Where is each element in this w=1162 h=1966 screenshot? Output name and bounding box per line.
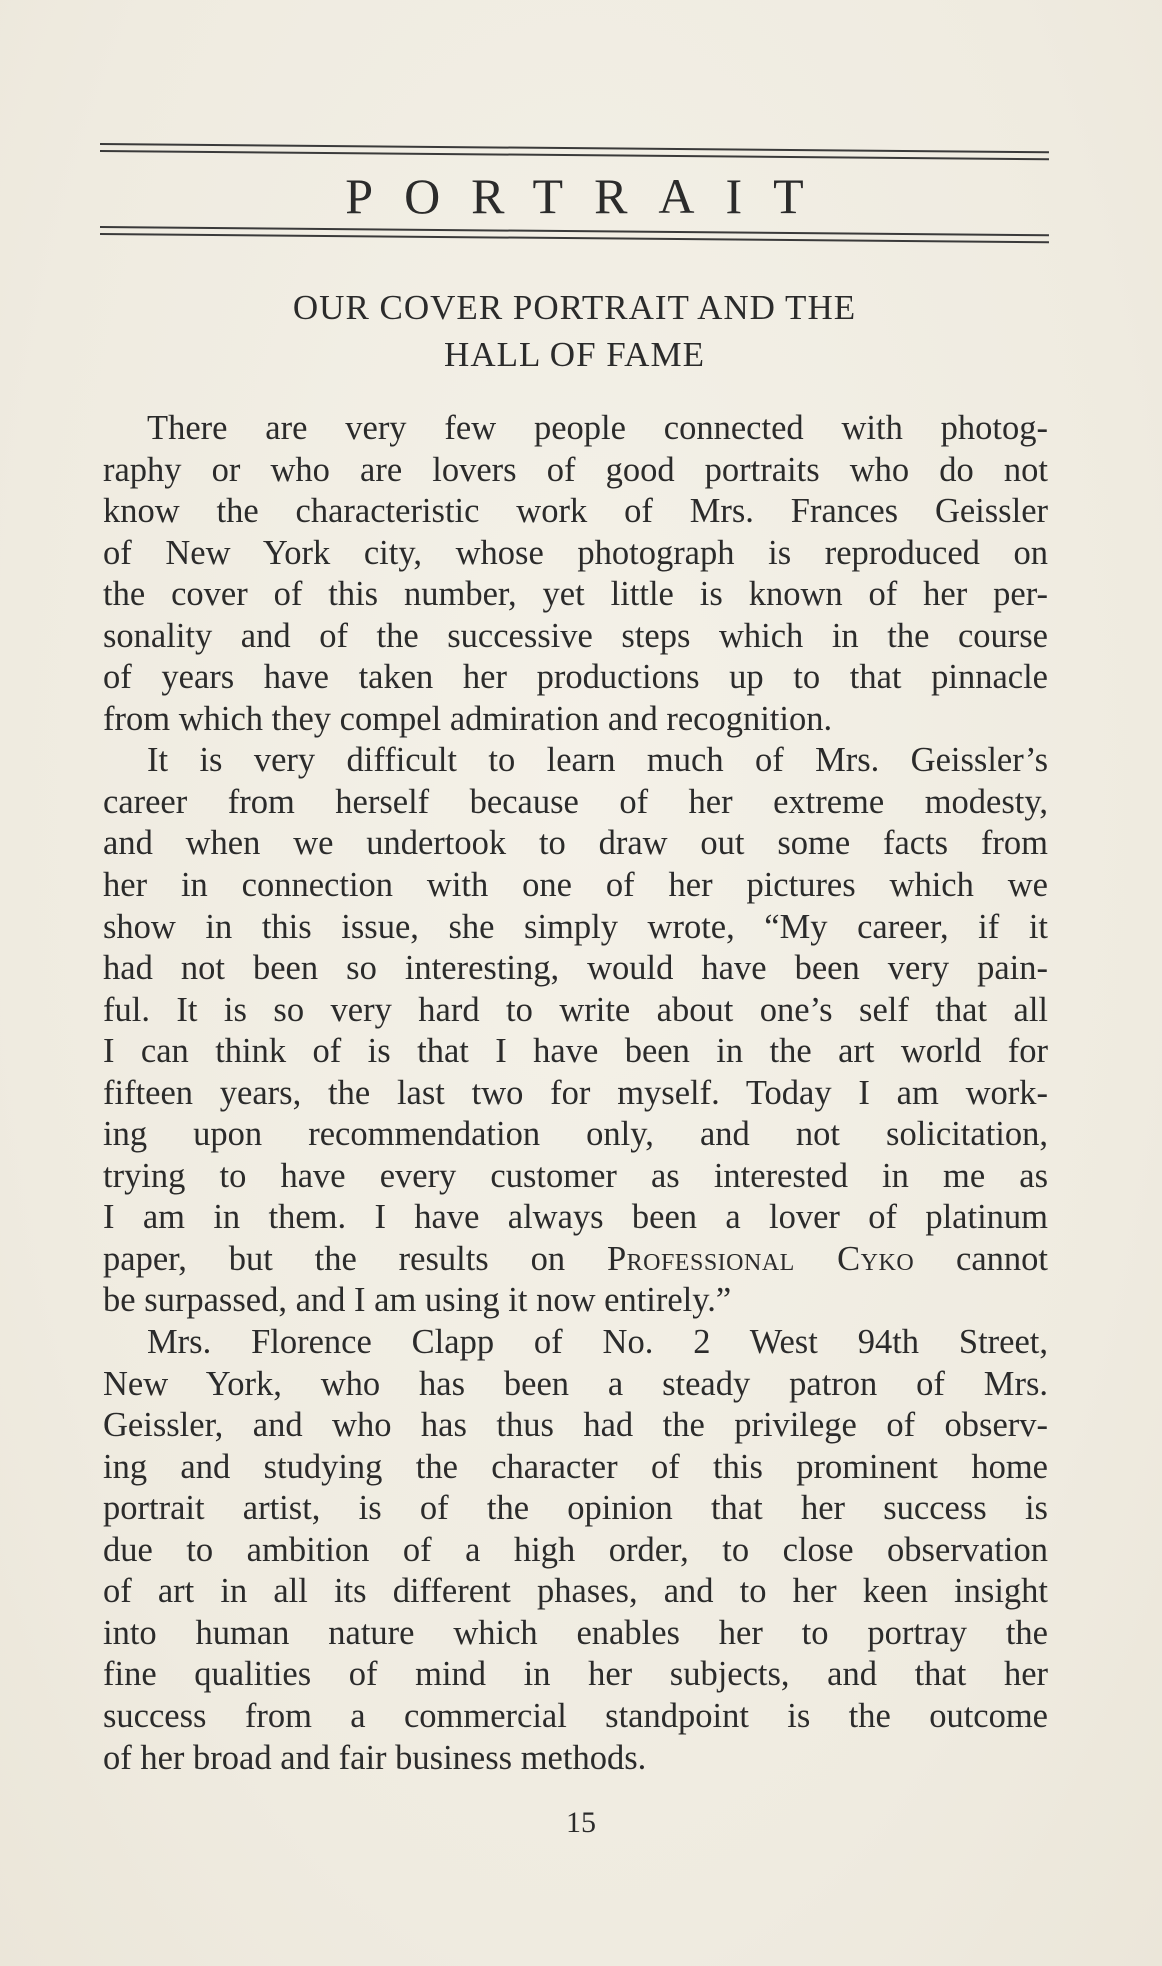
article-title-line-1: OUR COVER PORTRAIT AND THE: [100, 284, 1049, 331]
article-title-line-2: HALL OF FAME: [100, 331, 1049, 378]
body-line: be surpassed, and I am using it now enti…: [103, 1280, 1048, 1322]
body-line: I am in them. I have always been a lover…: [103, 1197, 1048, 1239]
product-name: Professional Cyko: [607, 1240, 914, 1278]
body-line: fifteen years, the last two for myself. …: [103, 1073, 1048, 1115]
body-line: trying to have every customer as interes…: [103, 1156, 1048, 1198]
page-number: 15: [0, 1806, 1162, 1840]
section-title: PORTRAIT: [100, 168, 1049, 224]
body-line: ing and studying the character of this p…: [103, 1447, 1048, 1489]
body-line-with-product: paper, but the results on Professional C…: [103, 1239, 1048, 1281]
body-line: of art in all its different phases, and …: [103, 1571, 1048, 1613]
page: PORTRAIT OUR COVER PORTRAIT AND THE HALL…: [0, 0, 1162, 1966]
body-line: know the characteristic work of Mrs. Fra…: [103, 491, 1048, 533]
body-line: ing upon recommendation only, and not so…: [103, 1114, 1048, 1156]
body-line: the cover of this number, yet little is …: [103, 574, 1048, 616]
article-body: There are very few people connected with…: [103, 408, 1048, 1779]
body-line: her in connection with one of her pictur…: [103, 865, 1048, 907]
body-line: from which they compel admiration and re…: [103, 699, 1048, 741]
body-line: had not been so interesting, would have …: [103, 948, 1048, 990]
body-line: of New York city, whose photograph is re…: [103, 533, 1048, 575]
body-line: There are very few people connected with…: [103, 408, 1048, 450]
body-line: raphy or who are lovers of good portrait…: [103, 450, 1048, 492]
body-line: Geissler, and who has thus had the privi…: [103, 1405, 1048, 1447]
body-line: New York, who has been a steady patron o…: [103, 1364, 1048, 1406]
body-line: sonality and of the successive steps whi…: [103, 616, 1048, 658]
body-line: of her broad and fair business methods.: [103, 1738, 1048, 1780]
body-line: ful. It is so very hard to write about o…: [103, 990, 1048, 1032]
body-line: portrait artist, is of the opinion that …: [103, 1488, 1048, 1530]
body-line: It is very difficult to learn much of Mr…: [103, 740, 1048, 782]
body-line: career from herself because of her extre…: [103, 782, 1048, 824]
body-line: and when we undertook to draw out some f…: [103, 823, 1048, 865]
body-line: fine qualities of mind in her subjects, …: [103, 1654, 1048, 1696]
body-line-text: cannot: [956, 1240, 1048, 1278]
body-line: I can think of is that I have been in th…: [103, 1031, 1048, 1073]
body-line: success from a commercial standpoint is …: [103, 1696, 1048, 1738]
body-line: due to ambition of a high order, to clos…: [103, 1530, 1048, 1572]
body-line: into human nature which enables her to p…: [103, 1613, 1048, 1655]
body-line: of years have taken her productions up t…: [103, 657, 1048, 699]
body-line-text: paper, but the results on: [103, 1240, 565, 1278]
body-line: show in this issue, she simply wrote, “M…: [103, 907, 1048, 949]
body-line: Mrs. Florence Clapp of No. 2 West 94th S…: [103, 1322, 1048, 1364]
article-title: OUR COVER PORTRAIT AND THE HALL OF FAME: [100, 284, 1049, 378]
